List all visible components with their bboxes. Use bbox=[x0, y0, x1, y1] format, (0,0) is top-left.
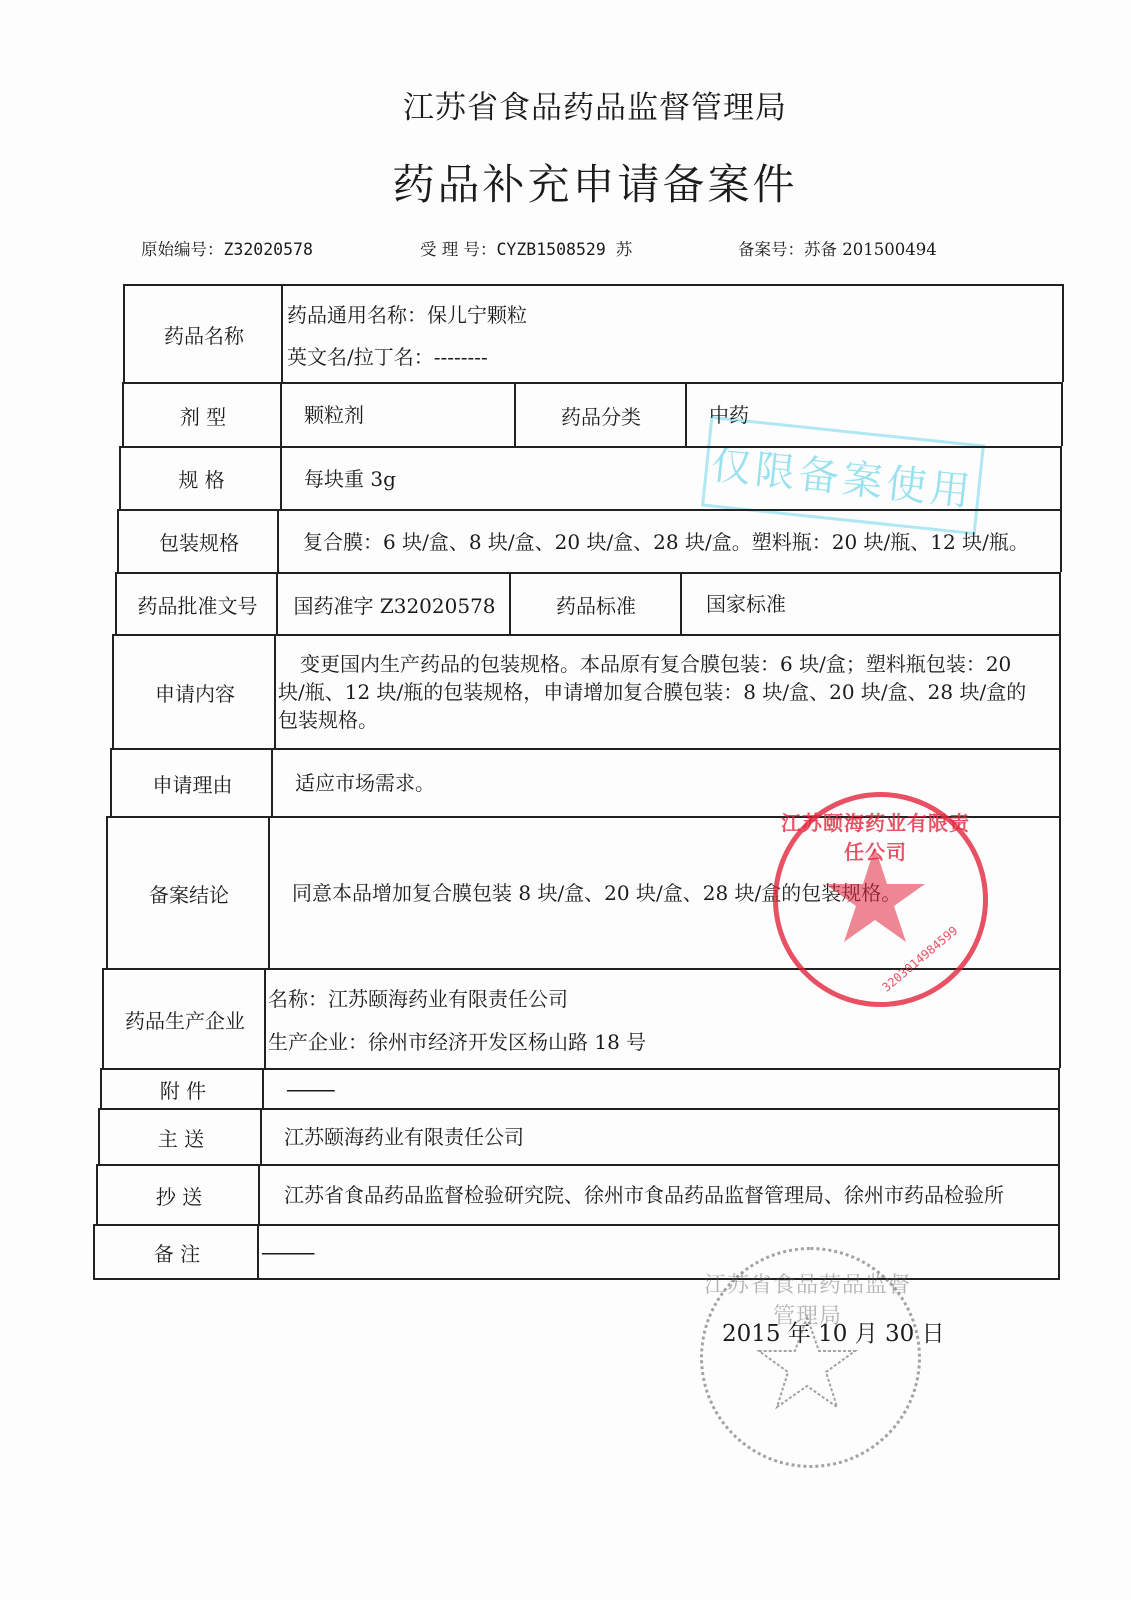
row-packaging: 包装规格 复合膜：6 块/盒、8 块/盒、20 块/盒、28 块/盒。塑料瓶：2… bbox=[117, 509, 1062, 572]
acceptance-number-value: CYZB1508529 苏 bbox=[497, 240, 633, 259]
label-application-content: 申请内容 bbox=[112, 636, 276, 748]
filing-number: 备案号：苏备 201500494 bbox=[738, 236, 937, 260]
acceptance-number: 受 理 号：CYZB1508529 苏 bbox=[420, 236, 632, 260]
generic-name: 药品通用名称：保儿宁颗粒 bbox=[287, 299, 527, 328]
row-drug-name: 药品名称 药品通用名称：保儿宁颗粒 英文名/拉丁名：-------- bbox=[123, 284, 1064, 382]
label-dosage-form: 剂 型 bbox=[122, 384, 282, 446]
row-specification: 规 格 每块重 3g bbox=[119, 446, 1062, 509]
company-seal-text: 江苏颐海药业有限责任公司 bbox=[778, 807, 973, 865]
row-application-content: 申请内容 变更国内生产药品的包装规格。本品原有复合膜包装：6 块/盒；塑料瓶包装… bbox=[112, 634, 1061, 748]
label-filing-conclusion: 备案结论 bbox=[106, 818, 270, 968]
label-cc: 抄 送 bbox=[96, 1166, 260, 1224]
original-number-value: Z32020578 bbox=[224, 240, 313, 259]
original-number: 原始编号：Z32020578 bbox=[141, 236, 313, 260]
issuing-authority: 江苏省食品药品监督管理局 bbox=[0, 82, 1131, 127]
label-remarks: 备 注 bbox=[93, 1226, 259, 1278]
filing-number-value: 苏备 201500494 bbox=[804, 240, 937, 259]
manufacturer-address: 生产企业：徐州市经济开发区杨山路 18 号 bbox=[268, 1026, 646, 1055]
row-dosage-form: 剂 型 颗粒剂 药品分类 中药 bbox=[122, 382, 1063, 446]
english-name: 英文名/拉丁名：-------- bbox=[287, 341, 488, 370]
label-drug-name: 药品名称 bbox=[123, 286, 283, 382]
label-attachments: 附 件 bbox=[100, 1070, 264, 1108]
approval-number-value: 国药准字 Z32020578 bbox=[276, 574, 511, 634]
row-cc: 抄 送 江苏省食品药品监督检验研究院、徐州市食品药品监督管理局、徐州市药品检验所 bbox=[96, 1164, 1060, 1224]
drug-standard-value: 国家标准 bbox=[680, 574, 1061, 634]
authority-seal: 江苏省食品药品监督管理局 bbox=[700, 1247, 921, 1468]
row-main-recipient: 主 送 江苏颐海药业有限责任公司 bbox=[98, 1108, 1060, 1164]
label-drug-standard: 药品标准 bbox=[509, 574, 681, 634]
label-specification: 规 格 bbox=[119, 448, 282, 509]
document-title: 药品补充申请备案件 bbox=[0, 152, 1131, 212]
manufacturer-name: 名称：江苏颐海药业有限责任公司 bbox=[268, 983, 568, 1012]
label-packaging: 包装规格 bbox=[117, 511, 279, 572]
packaging-value: 复合膜：6 块/盒、8 块/盒、20 块/盒、28 块/盒。塑料瓶：20 块/瓶… bbox=[277, 511, 1062, 572]
main-recipient-value: 江苏颐海药业有限责任公司 bbox=[260, 1110, 1060, 1164]
label-main-recipient: 主 送 bbox=[98, 1110, 262, 1164]
filing-date: 2015 年 10 月 30 日 bbox=[722, 1315, 945, 1348]
label-approval-number: 药品批准文号 bbox=[115, 574, 278, 634]
acceptance-number-label: 受 理 号： bbox=[420, 240, 497, 259]
label-application-reason: 申请理由 bbox=[110, 750, 273, 816]
cc-value: 江苏省食品药品监督检验研究院、徐州市食品药品监督管理局、徐州市药品检验所 bbox=[258, 1166, 1060, 1224]
remarks-value: ----------- bbox=[257, 1226, 1060, 1278]
original-number-label: 原始编号： bbox=[141, 240, 224, 259]
application-content-value: 变更国内生产药品的包装规格。本品原有复合膜包装：6 块/盒；塑料瓶包装：20 块… bbox=[274, 636, 1061, 748]
dosage-form-value: 颗粒剂 bbox=[280, 384, 516, 446]
row-attachments: 附 件 ---------- bbox=[100, 1068, 1060, 1108]
label-manufacturer: 药品生产企业 bbox=[102, 970, 266, 1068]
row-approval-number: 药品批准文号 国药准字 Z32020578 药品标准 国家标准 bbox=[115, 572, 1061, 634]
attachments-value: ---------- bbox=[262, 1070, 1060, 1108]
specification-value: 每块重 3g bbox=[280, 448, 1062, 509]
label-drug-category: 药品分类 bbox=[514, 384, 686, 446]
company-seal: 江苏颐海药业有限责任公司 3203014984599 bbox=[773, 792, 988, 1007]
drug-name-values: 药品通用名称：保儿宁颗粒 英文名/拉丁名：-------- bbox=[281, 286, 1064, 382]
drug-category-value: 中药 bbox=[685, 384, 1063, 446]
filing-number-label: 备案号： bbox=[738, 240, 804, 259]
